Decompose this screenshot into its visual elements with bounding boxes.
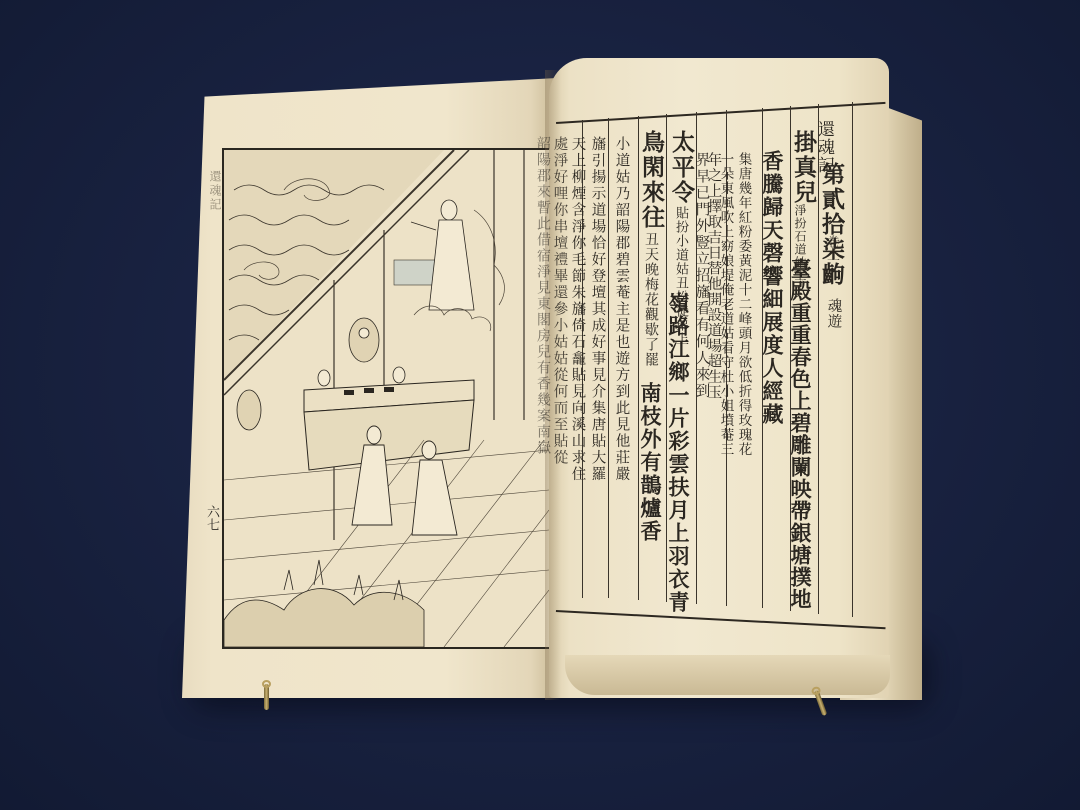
text-column: 丑天晚梅花觀歇了罷 (644, 232, 658, 367)
celestial-woman (411, 200, 474, 310)
rocks-bamboo (224, 560, 424, 647)
text-column: 貼扮小道姑丑扮徒弟上 (674, 206, 687, 296)
text-column: 太平令 (670, 130, 693, 205)
text-column: 南枝外有鵲爐香 (640, 382, 661, 543)
text-column: 掛真兒 (792, 130, 815, 205)
text-column: 第貳拾柒齣 (820, 162, 843, 287)
text-column: 臺殿重重春色上碧雕闌映帶銀塘撲地 (790, 258, 811, 610)
text-column: 小道姑乃韶陽郡碧雲菴主是也遊方到此見他莊嚴 (614, 136, 629, 483)
text-column: 旛引揚示道場恰好登壇其成好事見介集唐貼大羅 (590, 136, 605, 483)
text-column: 天上柳煙含淨你毛節朱旛倚石龕貼見向溪山求住 (570, 136, 585, 483)
text-column: 魂遊 (826, 298, 841, 329)
vases (318, 367, 405, 386)
side-buddha (237, 390, 261, 430)
display-pin-left (264, 684, 269, 710)
column-rule (852, 102, 853, 617)
text-column: 鳥閑來往 (640, 130, 663, 230)
text-column: 香騰歸天磬響細展度人經藏 (762, 150, 783, 426)
woodblock-illustration (222, 148, 551, 649)
text-column: 處淨好哩你串壇禮畢還參小姑姑從何而至貼從 (552, 136, 567, 466)
column-rule (608, 118, 609, 598)
text-block: 第貳拾柒齣 魂遊 掛真兒 淨扮石道姑上 臺殿重重春色上碧雕闌映帶銀塘撲地 香騰歸… (556, 122, 886, 642)
page-curl (565, 655, 890, 695)
buddha-niche (349, 318, 379, 362)
text-column: 嶺路江鄉一片彩雲扶月上羽衣青 (668, 292, 689, 614)
text-column: 界早已門外豎立招旛看有何人來到 (694, 152, 709, 400)
frame-bottom-rule (556, 610, 886, 629)
illustration-drawing (224, 150, 549, 647)
left-page-number: 六七 (202, 505, 221, 531)
altar-table (304, 380, 474, 470)
photo-scene: 還魂記 六七 (0, 0, 1080, 810)
text-column: 韶陽郡來暫此借宿淨見東閣房兒有香幾案南嶽 (536, 136, 550, 456)
text-column: 集唐幾年紅粉委黃泥十二峰頭月欲低折得玫瑰花 (736, 152, 750, 457)
text-column: 淨扮石道姑上 (794, 204, 806, 264)
